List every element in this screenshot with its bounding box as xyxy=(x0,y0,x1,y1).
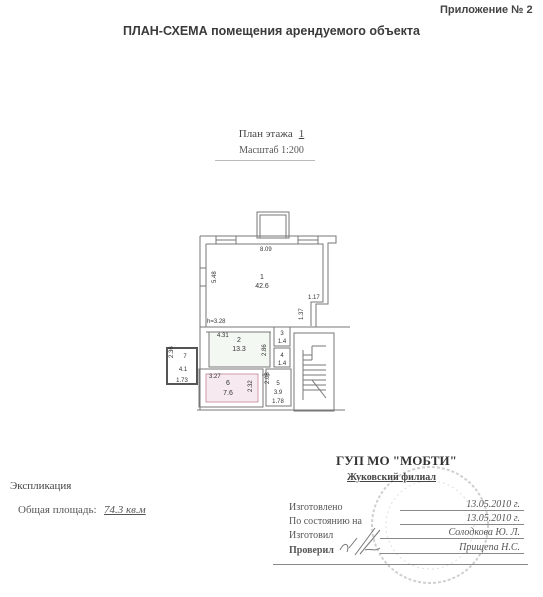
total-area-value: 74.3 кв.м xyxy=(104,504,146,516)
floor-number: 1 xyxy=(299,128,305,140)
signature-label-made: Изготовлено xyxy=(289,502,343,513)
dim-width-room1: 8.09 xyxy=(260,247,272,253)
floor-plan-drawing: 8.09 5.48 1.17 1.37 h=3.28 1 42.6 4.31 2… xyxy=(160,205,350,415)
scale-label: Масштаб 1:200 xyxy=(0,145,543,156)
dim-2-86: 2.86 xyxy=(262,344,268,356)
room-3-area: 1.4 xyxy=(278,339,287,345)
room-7-number: 7 xyxy=(183,354,187,360)
appendix-label: Приложение № 2 xyxy=(440,4,533,16)
room-5-area: 3.9 xyxy=(274,390,283,396)
dim-1-78: 1.78 xyxy=(272,399,284,405)
dim-2-36: 2.36 xyxy=(169,346,175,358)
explication-heading: Экспликация xyxy=(10,480,71,492)
dim-1-73: 1.73 xyxy=(176,378,188,384)
room-1-area: 42.6 xyxy=(255,283,269,290)
room-2-number: 2 xyxy=(237,337,241,344)
signature-scribble xyxy=(335,520,395,560)
scale-divider xyxy=(215,160,315,161)
total-area-label: Общая площадь: xyxy=(18,504,97,516)
room-1-number: 1 xyxy=(260,274,264,281)
signature-label-made-by: Изготовил xyxy=(289,530,333,541)
signature-label-checked: Проверил xyxy=(289,545,334,556)
signature-value-checked: Прищепа Н.С. xyxy=(380,542,524,554)
dim-height-room1: 5.48 xyxy=(212,271,218,283)
signature-value-made-by: Солодкова Ю. Л. xyxy=(380,527,524,539)
room-4-area: 1.4 xyxy=(278,361,287,367)
organization-branch: Жуковский филиал xyxy=(347,472,436,483)
dim-2-08: 2.08 xyxy=(265,372,271,384)
dim-4-31: 4.31 xyxy=(217,333,229,339)
room-4-number: 4 xyxy=(280,353,284,359)
signature-bottom-line xyxy=(273,564,528,565)
room-2-area: 13.3 xyxy=(232,346,246,353)
signature-value-made: 13.05.2010 г. xyxy=(400,499,524,511)
floor-label: План этажа xyxy=(239,128,293,140)
dim-1-37: 1.37 xyxy=(299,308,305,320)
room-7-area: 4.1 xyxy=(179,367,188,373)
room-5-number: 5 xyxy=(276,381,280,387)
room-6-number: 6 xyxy=(226,380,230,387)
floor-plan-title: План этажа1 xyxy=(0,128,543,140)
dim-1-17: 1.17 xyxy=(308,295,320,301)
organization-name: ГУП МО "МОБТИ" xyxy=(336,453,457,469)
ceiling-height: h=3.28 xyxy=(207,319,226,325)
room-6-area: 7.6 xyxy=(223,390,233,397)
document-title: ПЛАН-СХЕМА помещения арендуемого объекта xyxy=(0,24,543,38)
dim-3-27: 3.27 xyxy=(209,374,221,380)
dim-2-32: 2.32 xyxy=(248,380,254,392)
room-3-number: 3 xyxy=(280,331,284,337)
signature-value-as-of: 13.05.2010 г. xyxy=(400,513,524,525)
